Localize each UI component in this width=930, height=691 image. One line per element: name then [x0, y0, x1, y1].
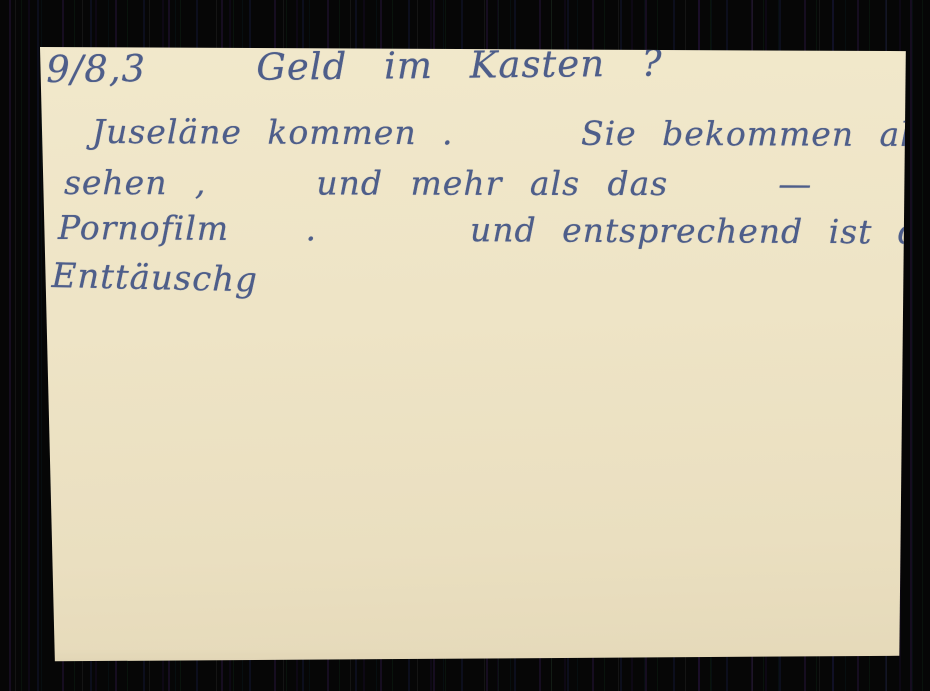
- handwritten-line-4: Pornofilm . und entsprechend ist die: [58, 208, 930, 252]
- index-card: 9/8,3 Geld im Kasten ? Juseläne kommen .…: [0, 0, 930, 691]
- handwritten-line-5: Enttäuschg: [51, 256, 258, 300]
- handwritten-line-3: sehen , und mehr als das — wie beim: [64, 163, 930, 204]
- handwritten-line-2: Juseläne kommen . Sie bekommen alles zu: [92, 112, 930, 154]
- scanned-page: 9/8,3 Geld im Kasten ? Juseläne kommen .…: [0, 0, 930, 691]
